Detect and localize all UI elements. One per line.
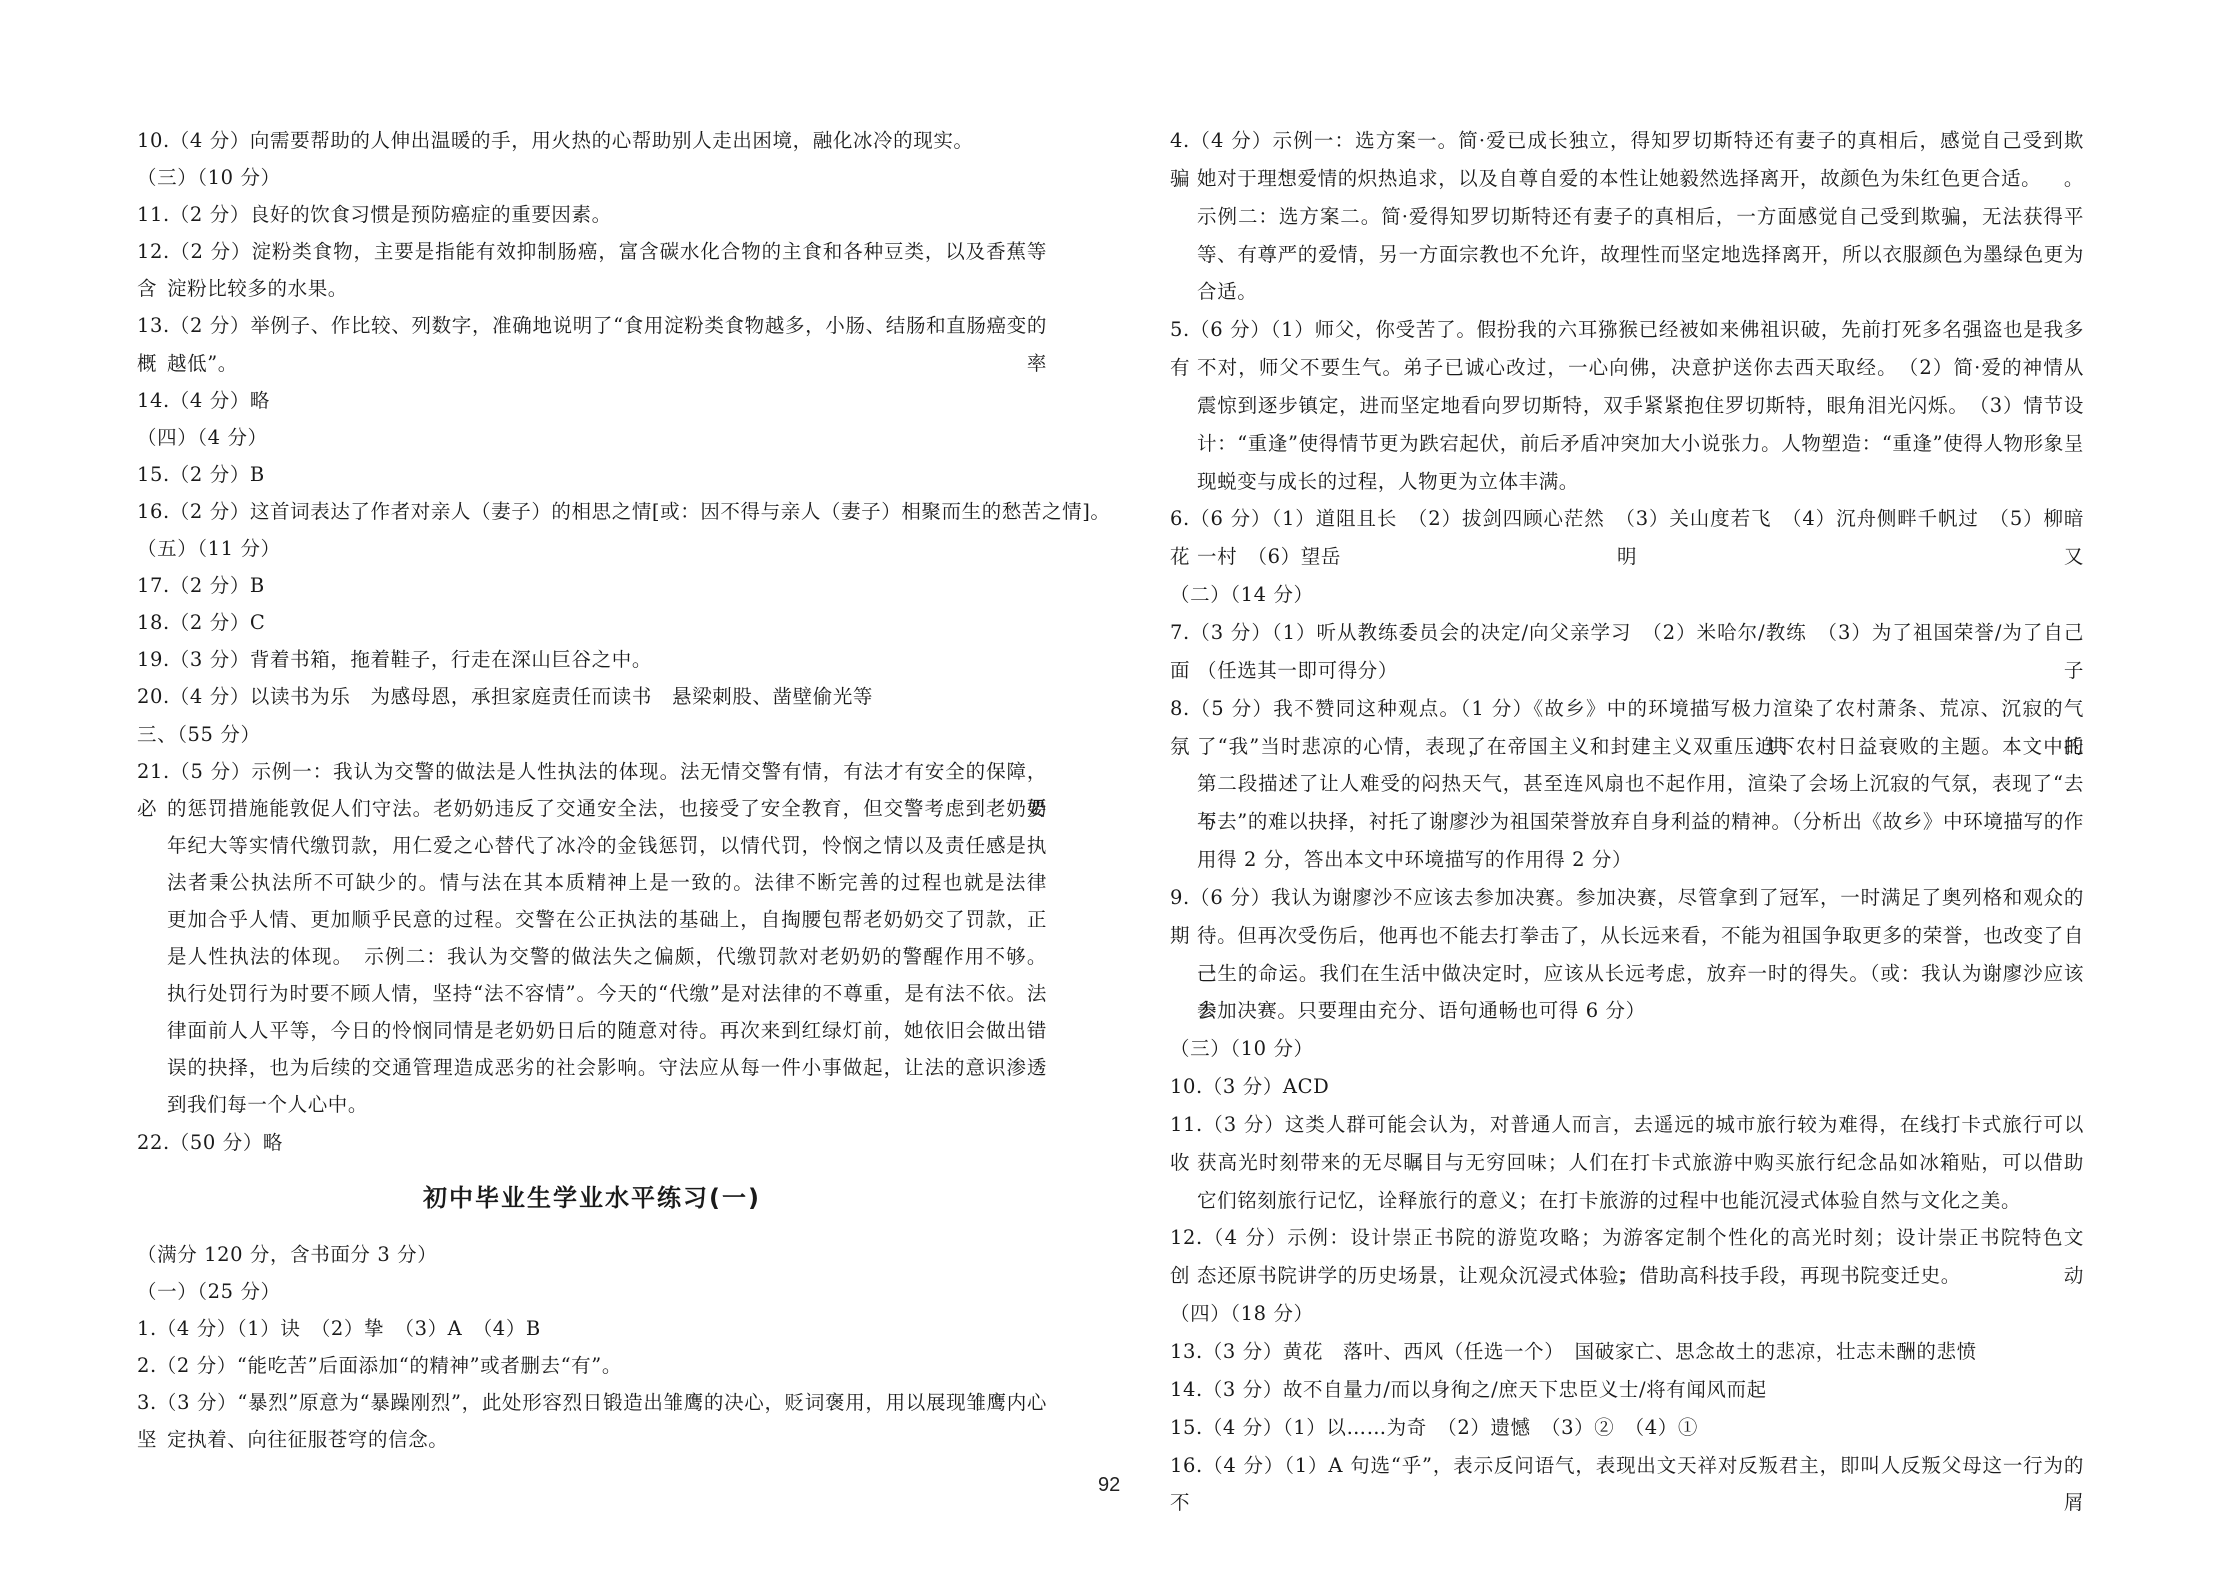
answer-line: 11.（3 分）这类人群可能会认为，对普通人而言，去遥远的城市旅行较为难得，在线… <box>1170 1106 2084 1144</box>
answer-line: 2.（2 分）“能吃苦”后面添加“的精神”或者删去“有”。 <box>137 1347 1047 1384</box>
answer-line: 19.（3 分）背着书箱，拖着鞋子，行走在深山巨谷之中。 <box>137 641 1047 678</box>
answer-line: （四）（4 分） <box>137 419 1047 456</box>
answer-line: 第二段描述了让人难受的闷热天气，甚至连风扇也不起作用，渲染了会场上沉寂的气氛，表… <box>1170 765 2084 803</box>
answer-line: 13.（3 分）黄花 落叶、西风（任选一个） 国破家亡、思念故土的悲凉，壮志未酬… <box>1170 1333 2084 1371</box>
answer-line: （二）（14 分） <box>1170 576 2084 614</box>
answer-line: 等、有尊严的爱情，另一方面宗教也不允许，故理性而坚定地选择离开，所以衣服颜色为墨… <box>1170 236 2084 274</box>
answer-line: 4.（4 分）示例一：选方案一。简·爱已成长独立，得知罗切斯特还有妻子的真相后，… <box>1170 122 2084 160</box>
answer-line: 的惩罚措施能敦促人们守法。老奶奶违反了交通安全法，也接受了安全教育，但交警考虑到… <box>137 790 1047 827</box>
answer-line: 计：“重逢”使得情节更为跌宕起伏，前后矛盾冲突加大小说张力。人物塑造：“重逢”使… <box>1170 425 2084 463</box>
left-column-answers-part2: （满分 120 分，含书面分 3 分）（一）（25 分）1.（4 分）（1）诀 … <box>137 1236 1047 1459</box>
answer-line: 获高光时刻带来的无尽瞩目与无穷回味；人们在打卡式旅游中购买旅行纪念品如冰箱贴，可… <box>1170 1144 2084 1182</box>
answer-line: 示例二：选方案二。简·爱得知罗切斯特还有妻子的真相后，一方面感觉自己受到欺骗，无… <box>1170 198 2084 236</box>
answer-line: 17.（2 分）B <box>137 567 1047 604</box>
answer-line: （五）（11 分） <box>137 530 1047 567</box>
answer-line: 了“我”当时悲凉的心情，表现了在帝国主义和封建主义双重压迫下农村日益衰败的主题。… <box>1170 728 2084 766</box>
answer-line: 参加决赛。只要理由充分、语句通畅也可得 6 分） <box>1170 992 2084 1030</box>
answer-line: 3.（3 分）“暴烈”原意为“暴躁刚烈”，此处形容烈日锻造出雏鹰的决心，贬词褒用… <box>137 1384 1047 1421</box>
answer-line: 15.（4 分）（1）以……为奇 （2）遗憾 （3）② （4）① <box>1170 1409 2084 1447</box>
answer-line: 5.（6 分）（1）师父，你受苦了。假扮我的六耳猕猴已经被如来佛祖识破，先前打死… <box>1170 311 2084 349</box>
answer-line: 用得 2 分，答出本文中环境描写的作用得 2 分） <box>1170 841 2084 879</box>
answer-line: 执行处罚行为时要不顾人情，坚持“法不容情”。今天的“代缴”是对法律的不尊重，是有… <box>137 975 1047 1012</box>
answer-line: 它们铭刻旅行记忆，诠释旅行的意义；在打卡旅游的过程中也能沉浸式体验自然与文化之美… <box>1170 1182 2084 1220</box>
answer-line: 不对，师父不要生气。弟子已诚心改过，一心向佛，决意护送你去西天取经。 （2）简·… <box>1170 349 2084 387</box>
answer-line: 合适。 <box>1170 273 2084 311</box>
answer-line: 13.（2 分）举例子、作比较、列数字，准确地说明了“食用淀粉类食物越多，小肠、… <box>137 307 1047 344</box>
answer-line: 年纪大等实情代缴罚款，用仁爱之心替代了冰冷的金钱惩罚，以情代罚，怜悯之情以及责任… <box>137 827 1047 864</box>
page-number: 92 <box>1098 1474 1120 1497</box>
answer-line: 定执着、向往征服苍穹的信念。 <box>137 1421 1047 1458</box>
answer-line: 律面前人人平等，今日的怜悯同情是老奶奶日后的随意对待。再次来到红绿灯前，她依旧会… <box>137 1012 1047 1049</box>
answer-line: 21.（5 分）示例一：我认为交警的做法是人性执法的体现。法无情交警有情，有法才… <box>137 753 1047 790</box>
answer-line: 震惊到逐步镇定，进而坚定地看向罗切斯特，双手紧紧抱住罗切斯特，眼角泪光闪烁。 （… <box>1170 387 2084 425</box>
answer-line: 18.（2 分）C <box>137 604 1047 641</box>
answer-line: 法者秉公执法所不可缺少的。情与法在其本质精神上是一致的。法律不断完善的过程也就是… <box>137 864 1047 901</box>
answer-line: 淀粉比较多的水果。 <box>137 270 1047 307</box>
section-title: 初中毕业生学业水平练习(一) <box>137 1178 1047 1213</box>
answer-line: 9.（6 分）我认为谢廖沙不应该去参加决赛。参加决赛，尽管拿到了冠军，一时满足了… <box>1170 879 2084 917</box>
answer-line: 10.（4 分）向需要帮助的人伸出温暖的手，用火热的心帮助别人走出困境，融化冰冷… <box>137 122 1047 159</box>
answer-line: 14.（3 分）故不自量力/而以身徇之/庶天下忠臣义士/将有闻风而起 <box>1170 1371 2084 1409</box>
answer-line: 22.（50 分）略 <box>137 1124 1047 1161</box>
answer-line: 6.（6 分）（1）道阻且长 （2）拔剑四顾心茫然 （3）关山度若飞 （4）沉舟… <box>1170 500 2084 538</box>
answer-line: 更加合乎人情、更加顺乎民意的过程。交警在公正执法的基础上，自掏腰包帮老奶奶交了罚… <box>137 901 1047 938</box>
answer-line: 1.（4 分）（1）诀 （2）挚 （3）A （4）B <box>137 1310 1047 1347</box>
answer-line: 三、（55 分） <box>137 716 1047 753</box>
answer-line: 12.（2 分）淀粉类食物，主要是指能有效抑制肠癌，富含碳水化合物的主食和各种豆… <box>137 233 1047 270</box>
answer-line: 不去”的难以抉择，衬托了谢廖沙为祖国荣誉放弃自身利益的精神。（分析出《故乡》中环… <box>1170 803 2084 841</box>
answer-line: 误的抉择，也为后续的交通管理造成恶劣的社会影响。守法应从每一件小事做起，让法的意… <box>137 1049 1047 1086</box>
answer-line: 待。但再次受伤后，他再也不能去打拳击了，从长远来看，不能为祖国争取更多的荣誉，也… <box>1170 917 2084 955</box>
answer-line: （满分 120 分，含书面分 3 分） <box>137 1236 1047 1273</box>
answer-line: 到我们每一个人心中。 <box>137 1086 1047 1123</box>
answer-line: 15.（2 分）B <box>137 456 1047 493</box>
answer-line: （三）（10 分） <box>137 159 1047 196</box>
answer-line: 她对于理想爱情的炽热追求，以及自尊自爱的本性让她毅然选择离开，故颜色为朱红色更合… <box>1170 160 2084 198</box>
answer-line: 现蜕变与成长的过程，人物更为立体丰满。 <box>1170 463 2084 501</box>
answer-line: （四）（18 分） <box>1170 1295 2084 1333</box>
answer-line: （三）（10 分） <box>1170 1030 2084 1068</box>
answer-line: 14.（4 分）略 <box>137 382 1047 419</box>
answer-line: 12.（4 分）示例：设计崇正书院的游览攻略；为游客定制个性化的高光时刻；设计崇… <box>1170 1219 2084 1257</box>
answer-line: 16.（4 分）（1）A 句选“乎”，表示反问语气，表现出文天祥对反叛君主，即叫… <box>1170 1447 2084 1485</box>
answer-line: 11.（2 分）良好的饮食习惯是预防癌症的重要因素。 <box>137 196 1047 233</box>
answer-line: 8.（5 分）我不赞同这种观点。（1 分）《故乡》中的环境描写极力渲染了农村萧条… <box>1170 690 2084 728</box>
answer-line: 是人性执法的体现。 示例二：我认为交警的做法失之偏颇，代缴罚款对老奶奶的警醒作用… <box>137 938 1047 975</box>
answer-line: 10.（3 分）ACD <box>1170 1068 2084 1106</box>
answer-line: 7.（3 分）（1）听从教练委员会的决定/向父亲学习 （2）米哈尔/教练 （3）… <box>1170 614 2084 652</box>
answer-line: 一生的命运。我们在生活中做决定时，应该从长远考虑，放弃一时的得失。（或：我认为谢… <box>1170 955 2084 993</box>
answer-line: 16.（2 分）这首词表达了作者对亲人（妻子）的相思之情[或：因不得与亲人（妻子… <box>137 493 1047 530</box>
answer-line: （一）（25 分） <box>137 1273 1047 1310</box>
left-column-answers-part1: 10.（4 分）向需要帮助的人伸出温暖的手，用火热的心帮助别人走出困境，融化冰冷… <box>137 122 1047 1161</box>
right-column-answers: 4.（4 分）示例一：选方案一。简·爱已成长独立，得知罗切斯特还有妻子的真相后，… <box>1170 122 2084 1484</box>
answer-line: 态还原书院讲学的历史场景，让观众沉浸式体验；借助高科技手段，再现书院变迁史。 <box>1170 1257 2084 1295</box>
answer-line: 20.（4 分）以读书为乐 为感母恩，承担家庭责任而读书 悬梁刺股、凿壁偷光等 <box>137 678 1047 715</box>
